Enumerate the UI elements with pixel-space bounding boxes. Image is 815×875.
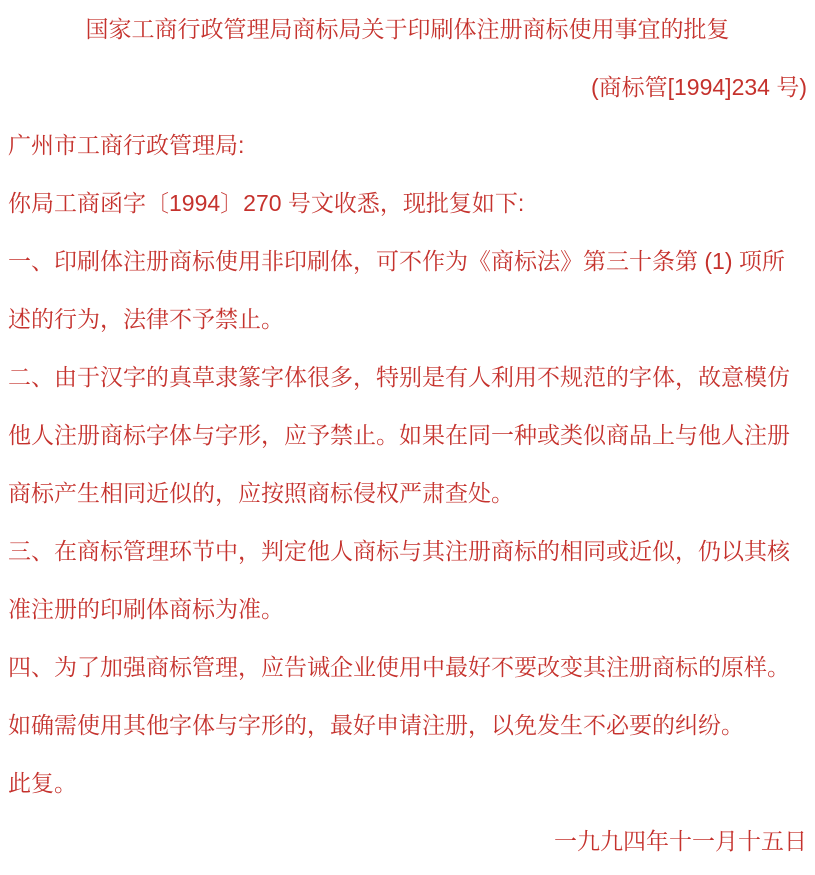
recipient-line: 广州市工商行政管理局: — [8, 116, 807, 174]
item-4: 四、为了加强商标管理，应告诫企业使用中最好不要改变其注册商标的原样。如确需使用其… — [8, 638, 807, 754]
item-3: 三、在商标管理环节中，判定他人商标与其注册商标的相同或近似，仍以其核准注册的印刷… — [8, 522, 807, 638]
item-1: 一、印刷体注册商标使用非印刷体，可不作为《商标法》第三十条第 (1) 项所述的行… — [8, 232, 807, 348]
item-2: 二、由于汉字的真草隶篆字体很多，特别是有人利用不规范的字体，故意模仿他人注册商标… — [8, 348, 807, 522]
closing-line: 此复。 — [8, 754, 807, 812]
intro-line: 你局工商函字〔1994〕270 号文收悉，现批复如下: — [8, 174, 807, 232]
date-line: 一九九四年十一月十五日 — [8, 812, 807, 870]
official-document: 国家工商行政管理局商标局关于印刷体注册商标使用事宜的批复 (商标管[1994]2… — [0, 0, 815, 875]
document-number: (商标管[1994]234 号) — [8, 58, 807, 116]
document-title: 国家工商行政管理局商标局关于印刷体注册商标使用事宜的批复 — [8, 0, 807, 58]
